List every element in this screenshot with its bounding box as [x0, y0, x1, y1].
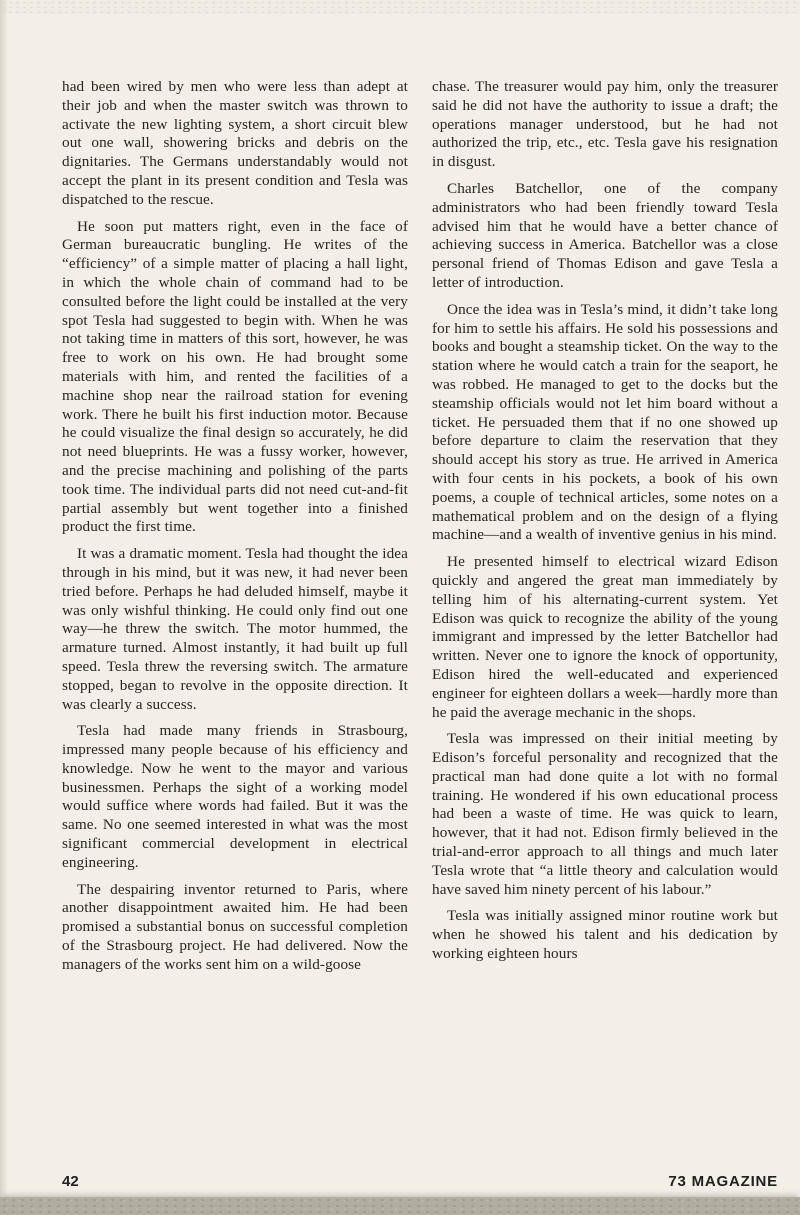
article-body: had been wired by men who were less than… — [62, 78, 778, 983]
column-right: chase. The treasurer would pay him, only… — [432, 78, 778, 983]
column-left: had been wired by men who were less than… — [62, 78, 408, 983]
page-number: 42 — [62, 1173, 79, 1190]
paragraph: Charles Batchellor, one of the company a… — [432, 180, 778, 293]
magazine-page: had been wired by men who were less than… — [0, 0, 800, 1215]
paragraph: He presented himself to electrical wizar… — [432, 553, 778, 722]
paragraph: Tesla was impressed on their initial mee… — [432, 730, 778, 899]
paragraph: He soon put matters right, even in the f… — [62, 218, 408, 538]
paragraph: Tesla was initially assigned minor routi… — [432, 907, 778, 963]
paragraph: It was a dramatic moment. Tesla had thou… — [62, 545, 408, 714]
page-footer: 42 73 MAGAZINE — [62, 1173, 778, 1190]
paragraph: chase. The treasurer would pay him, only… — [432, 78, 778, 172]
paragraph: Tesla had made many friends in Strasbour… — [62, 722, 408, 872]
scan-edge-left — [0, 0, 8, 1215]
paragraph: Once the idea was in Tesla’s mind, it di… — [432, 301, 778, 545]
scan-edge-top — [0, 0, 800, 14]
scan-edge-bottom — [0, 1197, 800, 1215]
magazine-title: 73 MAGAZINE — [668, 1173, 778, 1190]
paragraph: had been wired by men who were less than… — [62, 78, 408, 210]
paragraph: The despairing inventor returned to Pari… — [62, 881, 408, 975]
